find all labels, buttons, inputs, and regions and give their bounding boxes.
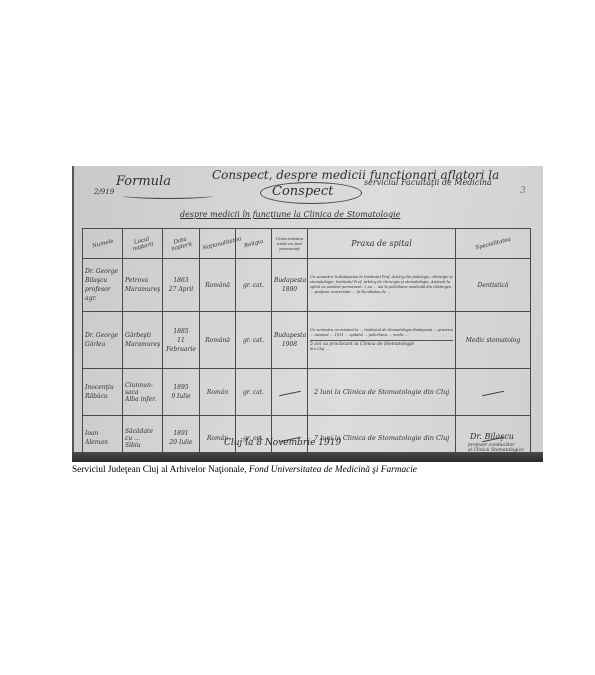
cell-birthdate: 1885 11 Februarie <box>163 312 200 369</box>
col-header-practice: Praxa de spital <box>308 229 456 259</box>
cell-nationality: Română <box>200 312 236 369</box>
cell-practice: Un semestru ca asistent la ... Institutu… <box>308 312 456 369</box>
col-header-specialty: Specialitatea <box>456 229 531 259</box>
reference-number: 2/919 <box>94 188 114 196</box>
cell-university: Budapesta 1908 <box>272 312 308 369</box>
col-header-name: Numele <box>83 229 123 259</box>
cell-birthplace: Gârbeşti Maramureş <box>123 312 163 369</box>
col-header-birthplace: Locul naşterii <box>123 229 163 259</box>
cell-religion: gr. cat. <box>236 312 272 369</box>
heading-subtitle: despre medicii în funcţiune la Clinica d… <box>180 210 400 219</box>
dash-mark <box>279 390 301 396</box>
dash-mark <box>482 390 504 396</box>
photo-bottom-edge <box>72 452 543 462</box>
cell-birthplace: Ciunnun- saca Alba infer. <box>123 369 163 416</box>
cell-religion: gr. cat. <box>236 369 272 416</box>
col-header-religion: Religia <box>236 229 272 259</box>
cell-name: Dr. George Gârlea <box>83 312 123 369</box>
figure-caption: Serviciul Judeţean Cluj al Arhivelor Naţ… <box>72 465 417 475</box>
cell-nationality: Română <box>200 259 236 312</box>
page-number: 3 <box>520 186 526 196</box>
signature: Dr. Bilaşcu <box>470 432 514 441</box>
cell-practice: Un semestru la Budapesta în Institutul P… <box>308 259 456 312</box>
cell-university <box>272 369 308 416</box>
archival-document-photo: 2/919 Formula Conspect, despre medicii f… <box>72 166 543 462</box>
table-row: Dr. George Bilaşcu profesor agr. Petrova… <box>83 259 531 312</box>
cell-practice: 2 luni la Clinica de Stomatologie din Cl… <box>308 369 456 416</box>
photo-left-edge <box>72 166 74 462</box>
cell-religion: gr. cat. <box>236 259 272 312</box>
heading-title-line1b: serviciul Facultăţii de Medicină <box>364 178 492 187</box>
cell-birthdate: 1863 27 April <box>163 259 200 312</box>
table-header-row: Numele Locul naşterii Data naşterii Naţi… <box>83 229 531 259</box>
table-row: Inocenţiu Răbâcu Ciunnun- saca Alba infe… <box>83 369 531 416</box>
formula-label: Formula <box>116 174 171 189</box>
doctors-table: Numele Locul naşterii Data naşterii Naţi… <box>82 228 531 461</box>
cell-name: Inocenţiu Răbâcu <box>83 369 123 416</box>
caption-source: Serviciul Judeţean Cluj al Arhivelor Naţ… <box>72 465 249 475</box>
heading-conspect: Conspect <box>272 184 333 199</box>
cell-birthdate: 1895 9 Iulie <box>163 369 200 416</box>
cell-university: Budapesta 1890 <box>272 259 308 312</box>
cell-nationality: Român <box>200 369 236 416</box>
practice-extra: 5 ani ca practicant la Clinica de Stomat… <box>310 340 453 347</box>
caption-fond: Fond Universitatea de Medicină şi Farmac… <box>249 465 417 475</box>
formula-flourish <box>122 192 214 199</box>
cell-specialty: Medic stomatolog <box>456 312 531 369</box>
col-header-university: Universitatea unde au fost promovaţi <box>272 229 308 259</box>
table-row: Dr. George Gârlea Gârbeşti Maramureş 188… <box>83 312 531 369</box>
practice-extra-2: din Cluj ... <box>310 347 453 352</box>
col-header-nationality: Naţionalitatea <box>200 229 236 259</box>
cell-specialty <box>456 369 531 416</box>
col-header-birthdate: Data naşterii <box>163 229 200 259</box>
cell-birthplace: Petrova Maramureş <box>123 259 163 312</box>
place-and-date: Cluj la 8 Novembrie 1919 <box>224 438 341 448</box>
cell-specialty: Dentistică <box>456 259 531 312</box>
cell-name: Dr. George Bilaşcu profesor agr. <box>83 259 123 312</box>
